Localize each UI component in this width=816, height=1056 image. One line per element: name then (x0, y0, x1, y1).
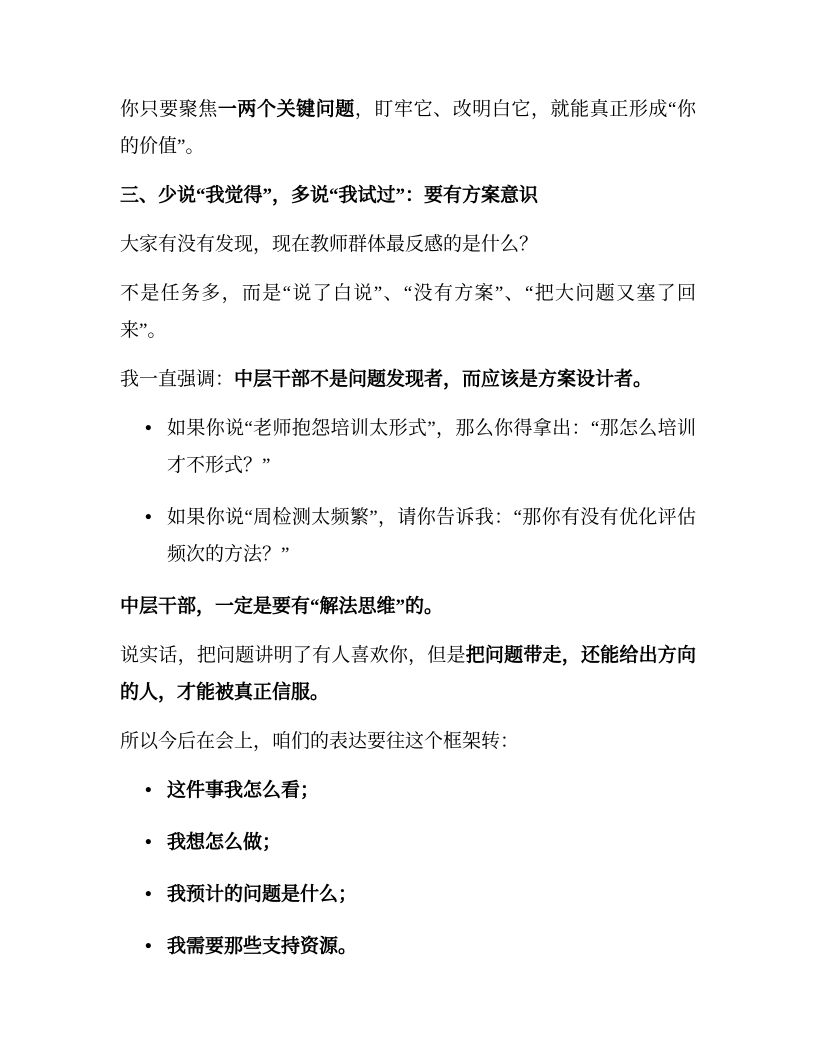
list-item-text: 我需要那些支持资源。 (167, 936, 357, 957)
framework-bullet-list: •这件事我怎么看； •我想怎么做； •我预计的问题是什么； •我需要那些支持资源… (120, 772, 696, 965)
bullet-icon: • (145, 824, 152, 861)
bullet-icon: • (145, 876, 152, 913)
list-item-text: 这件事我怎么看； (167, 780, 319, 801)
paragraph-framework-intro: 所以今后在会上，咱们的表达要往这个框架转： (120, 723, 696, 760)
bullet-icon: • (145, 499, 152, 536)
paragraph-focus-value-pre: 你只要聚焦 (120, 99, 218, 120)
paragraph-emphasize-pre: 我一直强调： (120, 369, 234, 390)
document-page: 你只要聚焦一两个关键问题，盯牢它、改明白它，就能真正形成“你的价值”。 三、少说… (0, 0, 816, 1056)
list-item: •我想怎么做； (120, 824, 696, 861)
section-heading: 三、少说“我觉得”，多说“我试过”：要有方案意识 (120, 177, 696, 214)
list-item: •如果你说“老师抱怨培训太形式”，那么你得拿出：“那怎么培训才不形式？” (120, 410, 696, 484)
paragraph-focus-value-bold: 一两个关键问题 (218, 99, 355, 120)
list-item-text: 如果你说“周检测太频繁”，请你告诉我：“那你有没有优化评估频次的方法？” (167, 507, 696, 565)
list-item: •如果你说“周检测太频繁”，请你告诉我：“那你有没有优化评估频次的方法？” (120, 499, 696, 573)
list-item-text: 我想怎么做； (167, 832, 281, 853)
list-item: •这件事我怎么看； (120, 772, 696, 809)
example-bullet-list: •如果你说“老师抱怨培训太形式”，那么你得拿出：“那怎么培训才不形式？” •如果… (120, 410, 696, 573)
bullet-icon: • (145, 772, 152, 809)
paragraph-solution-mindset: 中层干部，一定是要有“解法思维”的。 (120, 588, 696, 625)
list-item: •我需要那些支持资源。 (120, 928, 696, 965)
bullet-icon: • (145, 410, 152, 447)
paragraph-question: 大家有没有发现，现在教师群体最反感的是什么？ (120, 226, 696, 263)
paragraph-emphasize-bold: 中层干部不是问题发现者，而应该是方案设计者。 (234, 369, 652, 390)
list-item-text: 如果你说“老师抱怨培训太形式”，那么你得拿出：“那怎么培训才不形式？” (167, 418, 696, 476)
list-item-text: 我预计的问题是什么； (167, 884, 357, 905)
bullet-icon: • (145, 928, 152, 965)
paragraph-convince: 说实话，把问题讲明了有人喜欢你，但是把问题带走，还能给出方向的人，才能被真正信服… (120, 637, 696, 711)
list-item: •我预计的问题是什么； (120, 876, 696, 913)
paragraph-focus-value: 你只要聚焦一两个关键问题，盯牢它、改明白它，就能真正形成“你的价值”。 (120, 91, 696, 165)
paragraph-convince-pre: 说实话，把问题讲明了有人喜欢你，但是 (120, 645, 466, 666)
paragraph-emphasize: 我一直强调：中层干部不是问题发现者，而应该是方案设计者。 (120, 361, 696, 398)
paragraph-not-tasks: 不是任务多，而是“说了白说”、“没有方案”、“把大问题又塞了回来”。 (120, 275, 696, 349)
